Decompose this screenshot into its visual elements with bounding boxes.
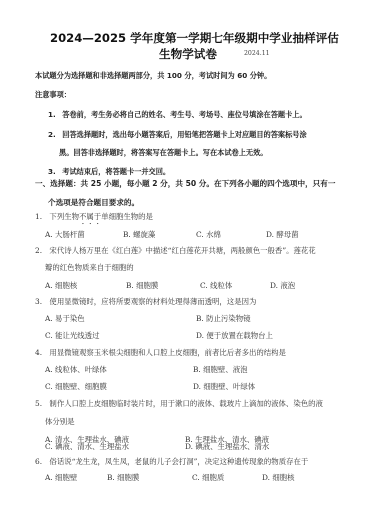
question-number: 1. bbox=[35, 212, 42, 221]
option-label: B. bbox=[126, 281, 134, 290]
note-text: 考试结束后，将答题卡一并交回。 bbox=[62, 167, 170, 176]
note-number: 3. bbox=[48, 167, 56, 176]
note-2: 2. 回答选择题时，选出每小题答案后，用铅笔把答题卡上对应题目的答案标号涂 bbox=[48, 130, 307, 140]
option-6b[interactable]: B. 细胞膜 bbox=[107, 472, 139, 483]
option-6a[interactable]: A. 细胞壁 bbox=[45, 472, 77, 483]
question-number: 2. bbox=[35, 246, 42, 255]
option-label: C. bbox=[45, 331, 53, 340]
option-text: 细胞壁、液泡 bbox=[203, 365, 247, 374]
option-label: D. bbox=[266, 230, 274, 239]
option-label: C. bbox=[45, 382, 53, 391]
option-label: B. bbox=[193, 365, 201, 374]
option-2b[interactable]: B. 细胞膜 bbox=[126, 280, 158, 291]
option-3a[interactable]: A. 易于染色 bbox=[45, 313, 85, 324]
question-number: 4. bbox=[35, 348, 42, 357]
option-text: 便于放置在载物台上 bbox=[206, 331, 273, 340]
exam-date: 2024.11 bbox=[244, 50, 270, 57]
option-2a[interactable]: A. 细胞核 bbox=[45, 280, 77, 291]
note-1: 1. 答卷前，考生务必将自己的姓名、考生号、考场号、座位号填涂在答题卡上。 bbox=[48, 110, 307, 120]
option-text: 细胞膜 bbox=[117, 473, 139, 482]
option-label: A. bbox=[45, 314, 53, 323]
option-label: D. bbox=[196, 331, 204, 340]
notes-heading: 注意事项： bbox=[35, 90, 71, 100]
section-heading: 一、选择题：共 25 小题，每小题 2 分，共 50 分。在下列各小题的四个选项… bbox=[35, 178, 335, 189]
question-number: 3. bbox=[35, 297, 42, 306]
option-label: D. bbox=[185, 442, 193, 451]
option-text: 细胞壁 bbox=[55, 473, 77, 482]
option-label: A. bbox=[45, 365, 53, 374]
option-text: 碘液、清水、生理盐水 bbox=[55, 442, 129, 451]
question-4: 4. 用显微镜观察玉米根尖细胞和人口腔上皮细胞，前者比后者多出的结构是 bbox=[35, 347, 286, 358]
option-label: A. bbox=[45, 473, 53, 482]
option-label: B. bbox=[107, 473, 115, 482]
option-5d[interactable]: D. 碘液、生理盐水、清水 bbox=[185, 441, 269, 452]
question-text: 俗话说“龙生龙，凤生凤，老鼠的儿子会打洞”，决定这种遗传现象的物质存在于 bbox=[49, 457, 308, 466]
exam-summary: 本试题分为选择题和非选择题两部分，共 100 分，考试时间为 60 分钟。 bbox=[35, 71, 271, 81]
option-label: C. bbox=[200, 281, 208, 290]
option-3b[interactable]: B. 防止污染物镜 bbox=[196, 313, 251, 324]
question-2-cont: 瓣的红色物质来自于细胞的 bbox=[45, 262, 134, 273]
option-label: A. bbox=[45, 281, 53, 290]
option-4a[interactable]: A. 线粒体、叶绿体 bbox=[45, 364, 107, 375]
option-text: 螺旋藻 bbox=[133, 230, 155, 239]
question-text: 使用显微镜时，应将所要观察的材料处理得薄而透明，这是因为 bbox=[49, 297, 256, 306]
option-1a[interactable]: A. 大肠杆菌 bbox=[45, 229, 85, 240]
option-label: B. bbox=[196, 314, 204, 323]
note-text: 回答选择题时，选出每小题答案后，用铅笔把答题卡上对应题目的答案标号涂 bbox=[62, 130, 306, 139]
option-text: 液泡 bbox=[280, 281, 295, 290]
option-text: 线粒体、叶绿体 bbox=[55, 365, 107, 374]
option-3c[interactable]: C. 能让光线透过 bbox=[45, 330, 99, 341]
option-text: 酵母菌 bbox=[276, 230, 298, 239]
question-1: 1. 下列生物不属于单细胞生物的是 bbox=[35, 211, 153, 226]
option-label: D. bbox=[270, 281, 278, 290]
note-text: 答卷前，考生务必将自己的姓名、考生号、考场号、座位号填涂在答题卡上。 bbox=[62, 110, 306, 119]
question-3: 3. 使用显微镜时，应将所要观察的材料处理得薄而透明，这是因为 bbox=[35, 296, 256, 307]
note-number: 2. bbox=[48, 130, 56, 139]
option-text: 防止污染物镜 bbox=[206, 314, 250, 323]
option-4b[interactable]: B. 细胞壁、液泡 bbox=[193, 364, 248, 375]
exam-subtitle: 生物学试卷 bbox=[159, 46, 217, 62]
option-6d[interactable]: D. 细胞核 bbox=[262, 472, 295, 483]
option-label: C. bbox=[196, 230, 204, 239]
option-text: 细胞膜 bbox=[136, 281, 158, 290]
option-label: A. bbox=[45, 230, 53, 239]
option-3d[interactable]: D. 便于放置在载物台上 bbox=[196, 330, 273, 341]
question-text: 用显微镜观察玉米根尖细胞和人口腔上皮细胞，前者比后者多出的结构是 bbox=[49, 348, 286, 357]
option-label: D. bbox=[262, 473, 270, 482]
option-4d[interactable]: D. 细胞壁、叶绿体 bbox=[193, 381, 255, 392]
option-2d[interactable]: D. 液泡 bbox=[270, 280, 295, 291]
option-text: 大肠杆菌 bbox=[55, 230, 85, 239]
option-text: 能让光线透过 bbox=[55, 331, 99, 340]
option-text: 碘液、生理盐水、清水 bbox=[195, 442, 269, 451]
question-2: 2. 宋代诗人杨万里在《红白莲》中描述“红白莲花开共塘，两般颜色一般香”。莲花花 bbox=[35, 245, 316, 256]
question-text: 下列生物 bbox=[49, 212, 79, 221]
option-label: C. bbox=[45, 442, 53, 451]
question-5-cont: 体分别是 bbox=[45, 416, 75, 427]
question-number: 5. bbox=[35, 399, 42, 408]
option-1c[interactable]: C. 水绵 bbox=[196, 229, 221, 240]
option-text: 细胞核 bbox=[272, 473, 294, 482]
option-1b[interactable]: B. 螺旋藻 bbox=[123, 229, 155, 240]
exam-title: 2024—2025 学年度第一学期七年级期中学业抽样评估 bbox=[50, 30, 339, 46]
option-6c[interactable]: C. 细胞质 bbox=[192, 472, 224, 483]
question-6: 6. 俗话说“龙生龙，凤生凤，老鼠的儿子会打洞”，决定这种遗传现象的物质存在于 bbox=[35, 456, 308, 467]
option-label: C. bbox=[192, 473, 200, 482]
question-text: 单细胞生物的是 bbox=[101, 212, 153, 221]
option-1d[interactable]: D. 酵母菌 bbox=[266, 229, 299, 240]
option-text: 细胞核 bbox=[55, 281, 77, 290]
option-5c[interactable]: C. 碘液、清水、生理盐水 bbox=[45, 441, 129, 452]
emphasized-text: 不属于 bbox=[79, 212, 101, 221]
option-label: D. bbox=[193, 382, 201, 391]
option-text: 细胞壁、细胞膜 bbox=[55, 382, 107, 391]
option-4c[interactable]: C. 细胞壁、细胞膜 bbox=[45, 381, 107, 392]
note-3: 3. 考试结束后，将答题卡一并交回。 bbox=[48, 167, 170, 177]
note-2-cont: 黑。回答非选择题时，将答案写在答题卡上。写在本试卷上无效。 bbox=[59, 148, 267, 158]
option-text: 细胞壁、叶绿体 bbox=[203, 382, 255, 391]
option-text: 线粒体 bbox=[210, 281, 232, 290]
option-text: 细胞质 bbox=[202, 473, 224, 482]
option-text: 易于染色 bbox=[55, 314, 85, 323]
question-text: 制作人口腔上皮细胞临时装片时，用于漱口的液体、载玻片上滴加的液体、染色的液 bbox=[49, 399, 322, 408]
question-text: 宋代诗人杨万里在《红白莲》中描述“红白莲花开共塘，两般颜色一般香”。莲花花 bbox=[49, 246, 315, 255]
question-5: 5. 制作人口腔上皮细胞临时装片时，用于漱口的液体、载玻片上滴加的液体、染色的液 bbox=[35, 398, 323, 409]
option-text: 水绵 bbox=[206, 230, 221, 239]
option-label: B. bbox=[123, 230, 131, 239]
section-heading-cont: 个选项是符合题目要求的。 bbox=[48, 197, 139, 208]
option-2c[interactable]: C. 线粒体 bbox=[200, 280, 232, 291]
note-number: 1. bbox=[48, 110, 56, 119]
question-number: 6. bbox=[35, 457, 42, 466]
